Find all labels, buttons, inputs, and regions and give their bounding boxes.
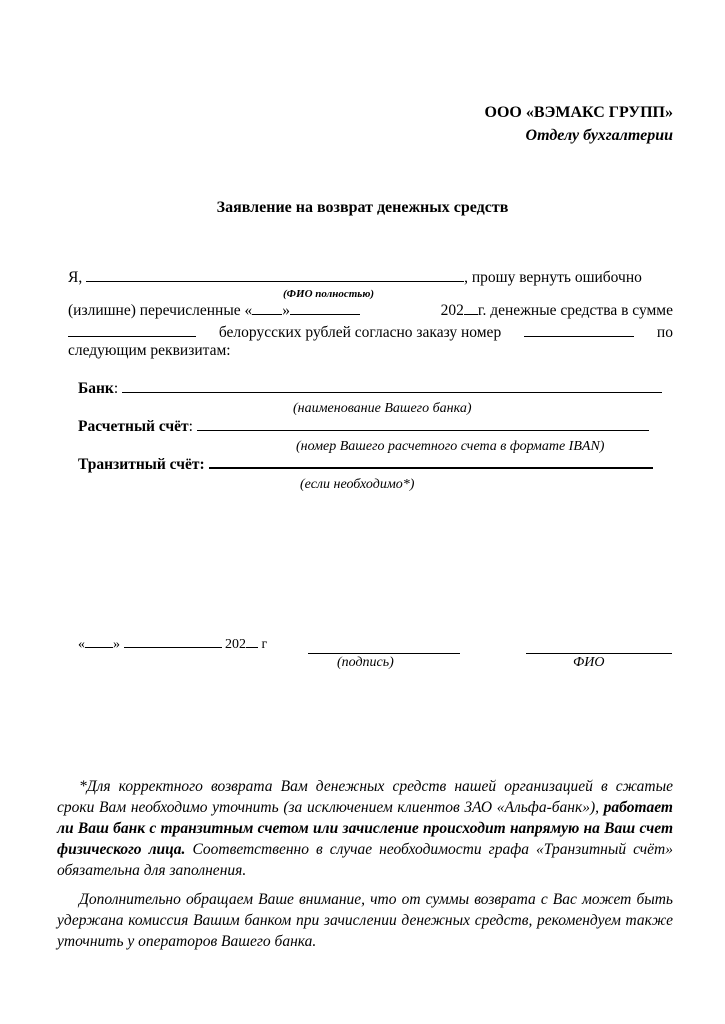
sign-year-field[interactable] bbox=[246, 646, 258, 648]
signature-date: «» 202 г bbox=[78, 637, 267, 653]
body-line-4: следующим реквизитам: bbox=[68, 342, 231, 360]
account-label: Расчетный счёт bbox=[78, 418, 189, 435]
transit-field[interactable] bbox=[209, 466, 653, 469]
note-transit: *Для корректного возврата Вам денежных с… bbox=[57, 776, 673, 881]
fio-field[interactable] bbox=[86, 280, 464, 282]
sign-month-field[interactable] bbox=[124, 646, 222, 648]
body-line-1-end: , прошу вернуть ошибочно bbox=[464, 269, 642, 286]
account-field[interactable] bbox=[197, 429, 649, 431]
body-line-3-b: по bbox=[657, 324, 673, 342]
bank-row: Банк: bbox=[78, 380, 662, 398]
signature-fio-field[interactable] bbox=[526, 652, 672, 654]
body-line-3-a: белорусских рублей согласно заказу номер bbox=[219, 324, 501, 342]
company-name: ООО «ВЭМАКС ГРУПП» bbox=[485, 104, 673, 122]
note-commission: Дополнительно обращаем Ваше внимание, чт… bbox=[57, 889, 673, 952]
year-prefix: 202 bbox=[441, 302, 464, 319]
sign-day-field[interactable] bbox=[85, 646, 113, 648]
body-line-2-a: (излишне) перечисленные « bbox=[68, 302, 252, 319]
order-number-field[interactable] bbox=[524, 335, 634, 337]
body-line-1-start: Я, bbox=[68, 269, 82, 286]
department-name: Отделу бухгалтерии bbox=[526, 127, 673, 145]
day-field[interactable] bbox=[252, 313, 282, 315]
amount-field[interactable] bbox=[68, 335, 196, 337]
body-line-2-end: г. денежные средства в сумме bbox=[478, 302, 673, 319]
account-row: Расчетный счёт: bbox=[78, 418, 649, 436]
page-title: Заявление на возврат денежных средств bbox=[0, 199, 725, 217]
body-line-1: Я, , прошу вернуть ошибочно bbox=[68, 269, 642, 287]
bank-label: Банк bbox=[78, 380, 114, 397]
bank-hint: (наименование Вашего банка) bbox=[293, 401, 472, 417]
account-hint: (номер Вашего расчетного счета в формате… bbox=[296, 439, 604, 455]
transit-label: Транзитный счёт: bbox=[78, 456, 205, 473]
signature-hint: (подпись) bbox=[337, 655, 394, 671]
month-field[interactable] bbox=[290, 313, 360, 315]
transit-row: Транзитный счёт: bbox=[78, 456, 653, 474]
year-field[interactable] bbox=[464, 313, 478, 315]
fio-hint: (ФИО полностью) bbox=[283, 288, 374, 300]
body-line-3: белорусских рублей согласно заказу номер… bbox=[68, 324, 673, 342]
body-line-2: (излишне) перечисленные «» 202г. денежны… bbox=[68, 302, 673, 320]
bank-field[interactable] bbox=[122, 391, 662, 393]
transit-hint: (если необходимо*) bbox=[300, 477, 414, 493]
body-line-2-b: » bbox=[282, 302, 290, 319]
signature-fio-hint: ФИО bbox=[573, 655, 604, 671]
signature-field[interactable] bbox=[308, 652, 460, 654]
